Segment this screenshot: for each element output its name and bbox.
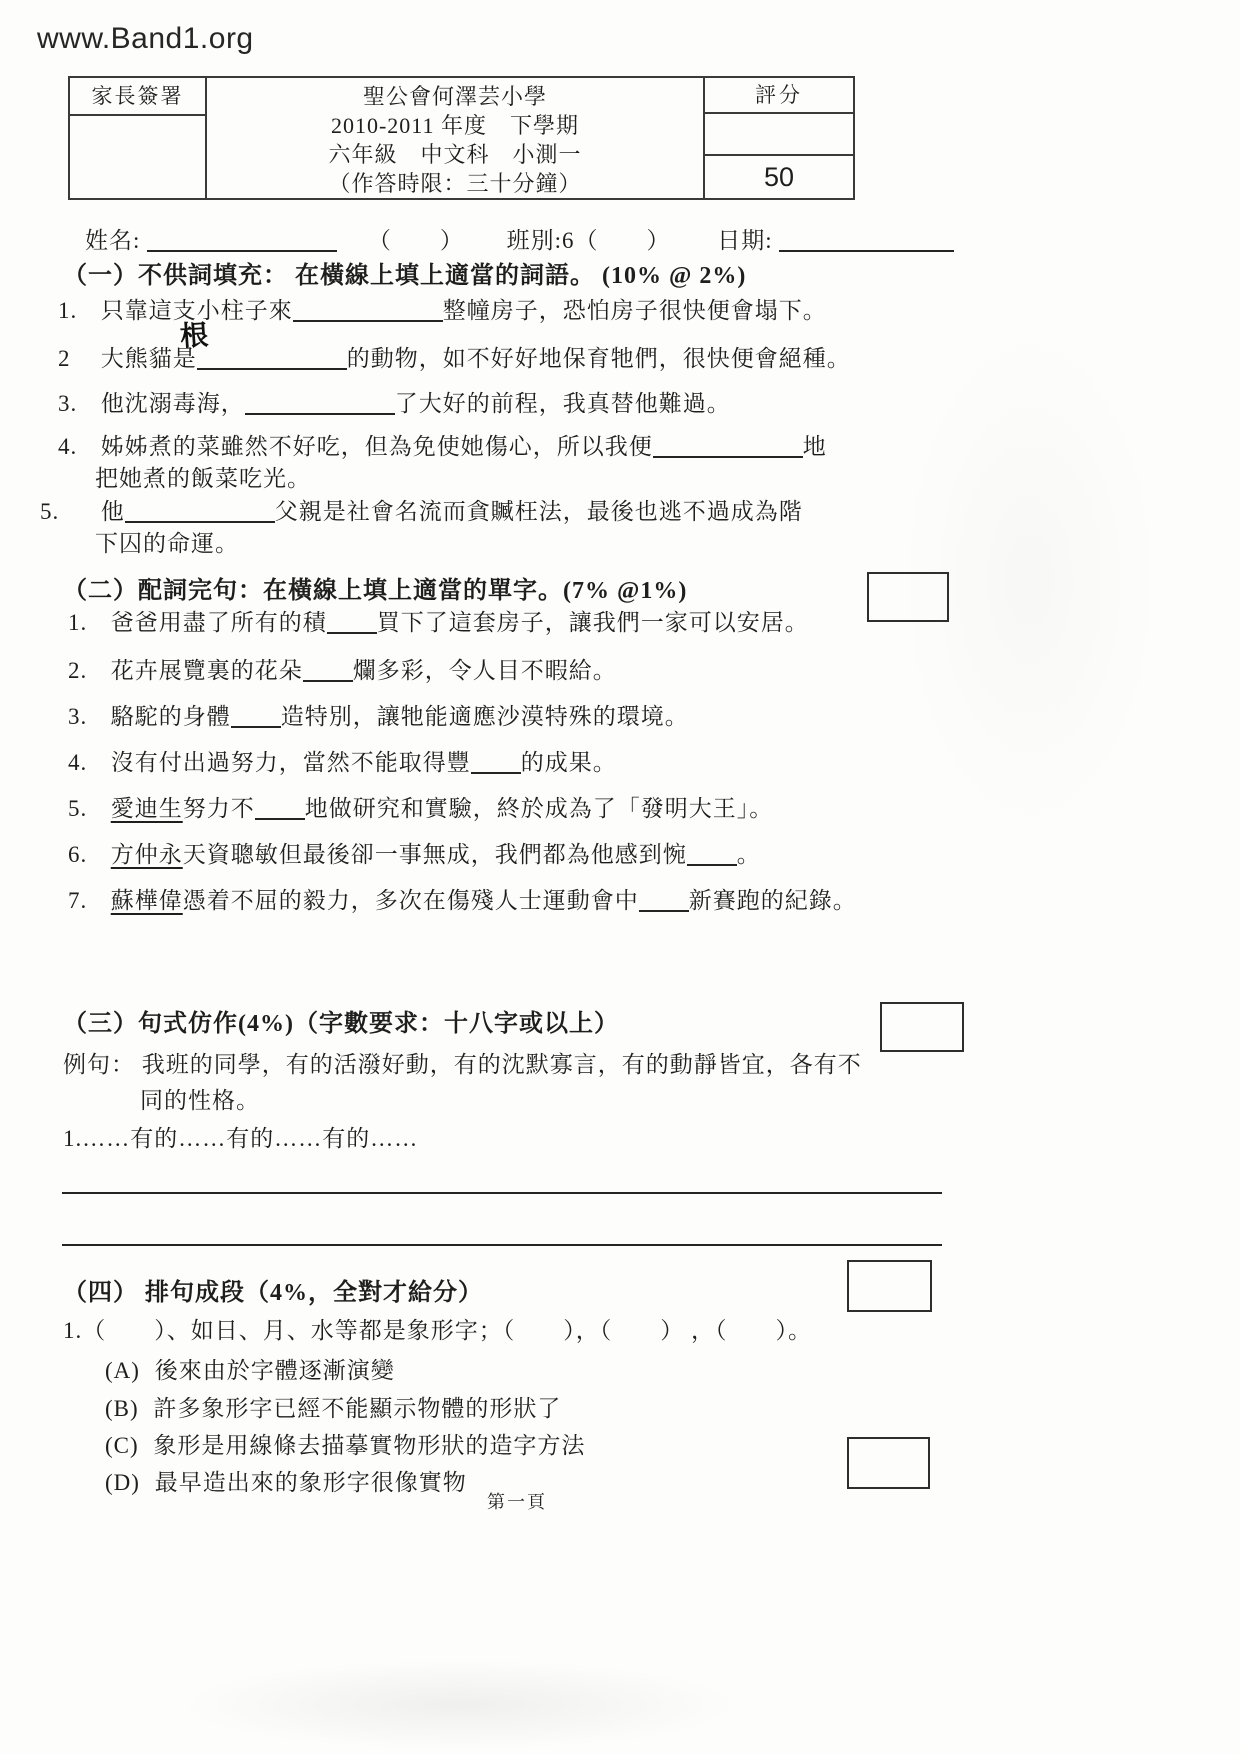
s2-q3-row: 3. 駱駝的身體造特別，讓牠能適應沙漠特殊的環境。 bbox=[68, 698, 689, 731]
s2-q4-row: 4. 沒有付出過努力，當然不能取得豐的成果。 bbox=[68, 744, 617, 777]
s2-q5-post: 地做研究和實驗，終於成為了「發明大王」。 bbox=[305, 796, 774, 821]
s1-q4-line2: 把她煮的飯菜吃光。 bbox=[95, 460, 311, 493]
s1-q4-pre: 姊姊煮的菜雖然不好吃，但為免使她傷心，所以我便 bbox=[101, 434, 653, 459]
s2-q6-row: 6. 方仲永天資聰敏但最後卻一事無成，我們都為他感到惋。 bbox=[68, 836, 761, 869]
s1-q3-row: 3. 他沈溺毒海，了大好的前程，我真替他難過。 bbox=[58, 385, 731, 418]
s2-q7-post: 新賽跑的紀錄。 bbox=[689, 888, 857, 913]
year-term: 2010-2011 年度 下學期 bbox=[207, 111, 703, 140]
section1-title: （一）不供詞填充： 在橫線上填上適當的詞語。 (10% @ 2%) bbox=[63, 255, 746, 290]
s2-q1-number: 1. bbox=[68, 610, 104, 636]
s4-question: 1.（ ）、如日、月、水等都是象形字；（ ），（ ） ，（ ）。 bbox=[63, 1312, 812, 1345]
s4-option-a-label: (A) bbox=[105, 1358, 140, 1383]
class-subject: 六年級 中文科 小測一 bbox=[207, 140, 703, 169]
s1-q4-row: 4. 姊姊煮的菜雖然不好吃，但為免使她傷心，所以我便地 bbox=[58, 428, 827, 461]
s1-q1-post: 整幢房子，恐怕房子很快便會塌下。 bbox=[443, 298, 827, 323]
section2-score-box bbox=[880, 1002, 964, 1052]
s2-q7-blank bbox=[639, 886, 689, 912]
date-blank bbox=[779, 226, 954, 252]
s1-q5-number: 5. bbox=[40, 499, 94, 525]
page-number: 第一頁 bbox=[487, 1488, 547, 1514]
score-cell: 評分 50 bbox=[703, 78, 853, 198]
s2-q1-pre: 爸爸用盡了所有的積 bbox=[111, 610, 327, 635]
s1-q2-row: 2 大熊貓是的動物，如不好好地保育牠們，很快便會絕種。 bbox=[58, 340, 851, 373]
s1-q3-pre: 他沈溺毒海， bbox=[101, 391, 245, 416]
s1-q1-row: 1. 只靠這支小柱子來整幢房子，恐怕房子很快便會塌下。 根 bbox=[58, 292, 827, 325]
s4-option-d: (D) 最早造出來的象形字很像實物 bbox=[105, 1464, 467, 1497]
site-watermark: www.Band1.org bbox=[37, 22, 254, 56]
student-info-line: 姓名: （ ） 班別:6（ ） 日期: bbox=[85, 222, 954, 255]
s1-q5-pre: 他 bbox=[101, 499, 125, 524]
s2-q5-row: 5. 愛迪生努力不地做研究和實驗，終於成為了「發明大王」。 bbox=[68, 790, 773, 823]
s1-q4-blank bbox=[653, 432, 803, 458]
s2-q4-pre: 沒有付出過努力，當然不能取得豐 bbox=[111, 750, 471, 775]
s2-q7-number: 7. bbox=[68, 888, 104, 914]
parent-signature-cell: 家長簽署 bbox=[70, 78, 207, 198]
s1-q4-number: 4. bbox=[58, 434, 94, 460]
school-name: 聖公會何澤芸小學 bbox=[207, 82, 703, 111]
s3-example-line2: 同的性格。 bbox=[140, 1082, 260, 1115]
date-label: 日期: bbox=[717, 228, 772, 253]
section3-title: （三）句式仿作(4%)（字數要求：十八字或以上） bbox=[63, 1003, 619, 1038]
s2-q7-person-name: 蘇樺偉 bbox=[111, 888, 183, 913]
name-paren: （ ） bbox=[368, 228, 464, 253]
s2-q2-number: 2. bbox=[68, 658, 104, 684]
s2-q7-row: 7. 蘇樺偉憑着不屈的毅力，多次在傷殘人士運動會中新賽跑的紀錄。 bbox=[68, 882, 857, 915]
s2-q6-post: 。 bbox=[737, 842, 761, 867]
s3-prompt: 1.……有的……有的……有的…… bbox=[63, 1120, 418, 1153]
s2-q5-blank bbox=[255, 794, 305, 820]
s4-option-b-label: (B) bbox=[105, 1396, 139, 1421]
section3-score-box bbox=[847, 1260, 932, 1312]
s2-q4-post: 的成果。 bbox=[521, 750, 617, 775]
name-label: 姓名: bbox=[85, 228, 140, 253]
s1-q5-line2: 下囚的命運。 bbox=[95, 525, 239, 558]
s4-option-c: (C) 象形是用線條去描摹實物形狀的造字方法 bbox=[105, 1427, 585, 1460]
s2-q3-blank bbox=[231, 702, 281, 728]
score-empty-row bbox=[705, 114, 853, 156]
name-blank bbox=[147, 226, 337, 252]
s1-q4-post: 地 bbox=[803, 434, 827, 459]
s2-q2-post: 爛多彩，令人目不暇給。 bbox=[353, 658, 617, 683]
score-label: 評分 bbox=[705, 78, 853, 114]
exam-title-cell: 聖公會何澤芸小學 2010-2011 年度 下學期 六年級 中文科 小測一 （作… bbox=[207, 78, 703, 198]
s2-q2-blank bbox=[303, 656, 353, 682]
scan-smudge-bottom bbox=[180, 1660, 740, 1750]
s2-q6-number: 6. bbox=[68, 842, 104, 868]
s2-q3-pre: 駱駝的身體 bbox=[111, 704, 231, 729]
s3-answer-line-2 bbox=[62, 1244, 942, 1246]
s2-q5-person-name: 愛迪生 bbox=[111, 796, 183, 821]
scanned-worksheet-page: www.Band1.org 家長簽署 聖公會何澤芸小學 2010-2011 年度… bbox=[0, 0, 1240, 1754]
section4-title: （四） 排句成段（4%，全對才給分） bbox=[63, 1272, 483, 1307]
s2-q4-number: 4. bbox=[68, 750, 104, 776]
s1-q5-row: 5. 他父親是社會名流而貪贓枉法，最後也逃不過成為階 bbox=[40, 493, 803, 526]
s3-answer-line-1 bbox=[62, 1192, 942, 1194]
class-label: 班別:6（ ） bbox=[507, 228, 671, 253]
s2-q2-pre: 花卉展覽裏的花朵 bbox=[111, 658, 303, 683]
s4-option-c-text: 象形是用線條去描摹實物形狀的造字方法 bbox=[153, 1433, 585, 1458]
s2-q1-post: 買下了這套房子，讓我們一家可以安居。 bbox=[377, 610, 809, 635]
s2-q6-person-name: 方仲永 bbox=[111, 842, 183, 867]
s1-q3-post: 了大好的前程，我真替他難過。 bbox=[395, 391, 731, 416]
s4-option-d-label: (D) bbox=[105, 1470, 140, 1495]
s4-option-b-text: 許多象形字已經不能顯示物體的形狀了 bbox=[153, 1396, 561, 1421]
total-score: 50 bbox=[705, 156, 853, 198]
s2-q3-post: 造特別，讓牠能適應沙漠特殊的環境。 bbox=[281, 704, 689, 729]
s1-q2-number: 2 bbox=[58, 346, 94, 372]
s2-q1-row: 1. 爸爸用盡了所有的積買下了這套房子，讓我們一家可以安居。 bbox=[68, 604, 809, 637]
s1-q5-post: 父親是社會名流而貪贓枉法，最後也逃不過成為階 bbox=[275, 499, 803, 524]
section2-title: （二）配詞完句：在橫線上填上適當的單字。(7% @1%) bbox=[63, 570, 687, 605]
s2-q6-pre: 天資聰敏但最後卻一事無成，我們都為他感到惋 bbox=[183, 842, 687, 867]
s1-q2-post: 的動物，如不好好地保育牠們，很快便會絕種。 bbox=[347, 346, 851, 371]
s2-q7-pre: 憑着不屈的毅力，多次在傷殘人士運動會中 bbox=[183, 888, 639, 913]
s4-option-d-text: 最早造出來的象形字很像實物 bbox=[155, 1470, 467, 1495]
header-table: 家長簽署 聖公會何澤芸小學 2010-2011 年度 下學期 六年級 中文科 小… bbox=[68, 76, 855, 200]
s2-q5-pre: 努力不 bbox=[183, 796, 255, 821]
s4-option-c-label: (C) bbox=[105, 1433, 139, 1458]
s3-example-row: 例句： 我班的同學，有的活潑好動，有的沈默寡言，有的動靜皆宜，各有不 bbox=[63, 1046, 862, 1079]
time-limit: （作答時限：三十分鐘） bbox=[207, 169, 703, 198]
s1-q5-blank bbox=[125, 497, 275, 523]
parent-signature-label: 家長簽署 bbox=[70, 78, 205, 116]
s2-q3-number: 3. bbox=[68, 704, 104, 730]
s2-q4-blank bbox=[471, 748, 521, 774]
s1-q2-pre: 大熊貓是 bbox=[101, 346, 197, 371]
s1-q1-blank bbox=[293, 296, 443, 322]
s4-option-b: (B) 許多象形字已經不能顯示物體的形狀了 bbox=[105, 1390, 561, 1423]
s3-example-line1: 我班的同學，有的活潑好動，有的沈默寡言，有的動靜皆宜，各有不 bbox=[142, 1052, 862, 1077]
s4-option-a: (A) 後來由於字體逐漸演變 bbox=[105, 1352, 395, 1385]
parent-signature-space bbox=[70, 116, 205, 198]
section4-score-box bbox=[847, 1437, 930, 1489]
s4-option-a-text: 後來由於字體逐漸演變 bbox=[155, 1358, 395, 1383]
s2-q1-blank bbox=[327, 608, 377, 634]
s1-q1-number: 1. bbox=[58, 298, 94, 324]
scan-smudge-right bbox=[900, 330, 1160, 830]
s1-q3-number: 3. bbox=[58, 391, 94, 417]
s3-example-label: 例句： bbox=[63, 1052, 135, 1077]
s2-q5-number: 5. bbox=[68, 796, 104, 822]
s1-q3-blank bbox=[245, 389, 395, 415]
s1-q2-blank bbox=[197, 344, 347, 370]
s2-q6-blank bbox=[687, 840, 737, 866]
s2-q2-row: 2. 花卉展覽裏的花朵爛多彩，令人目不暇給。 bbox=[68, 652, 617, 685]
